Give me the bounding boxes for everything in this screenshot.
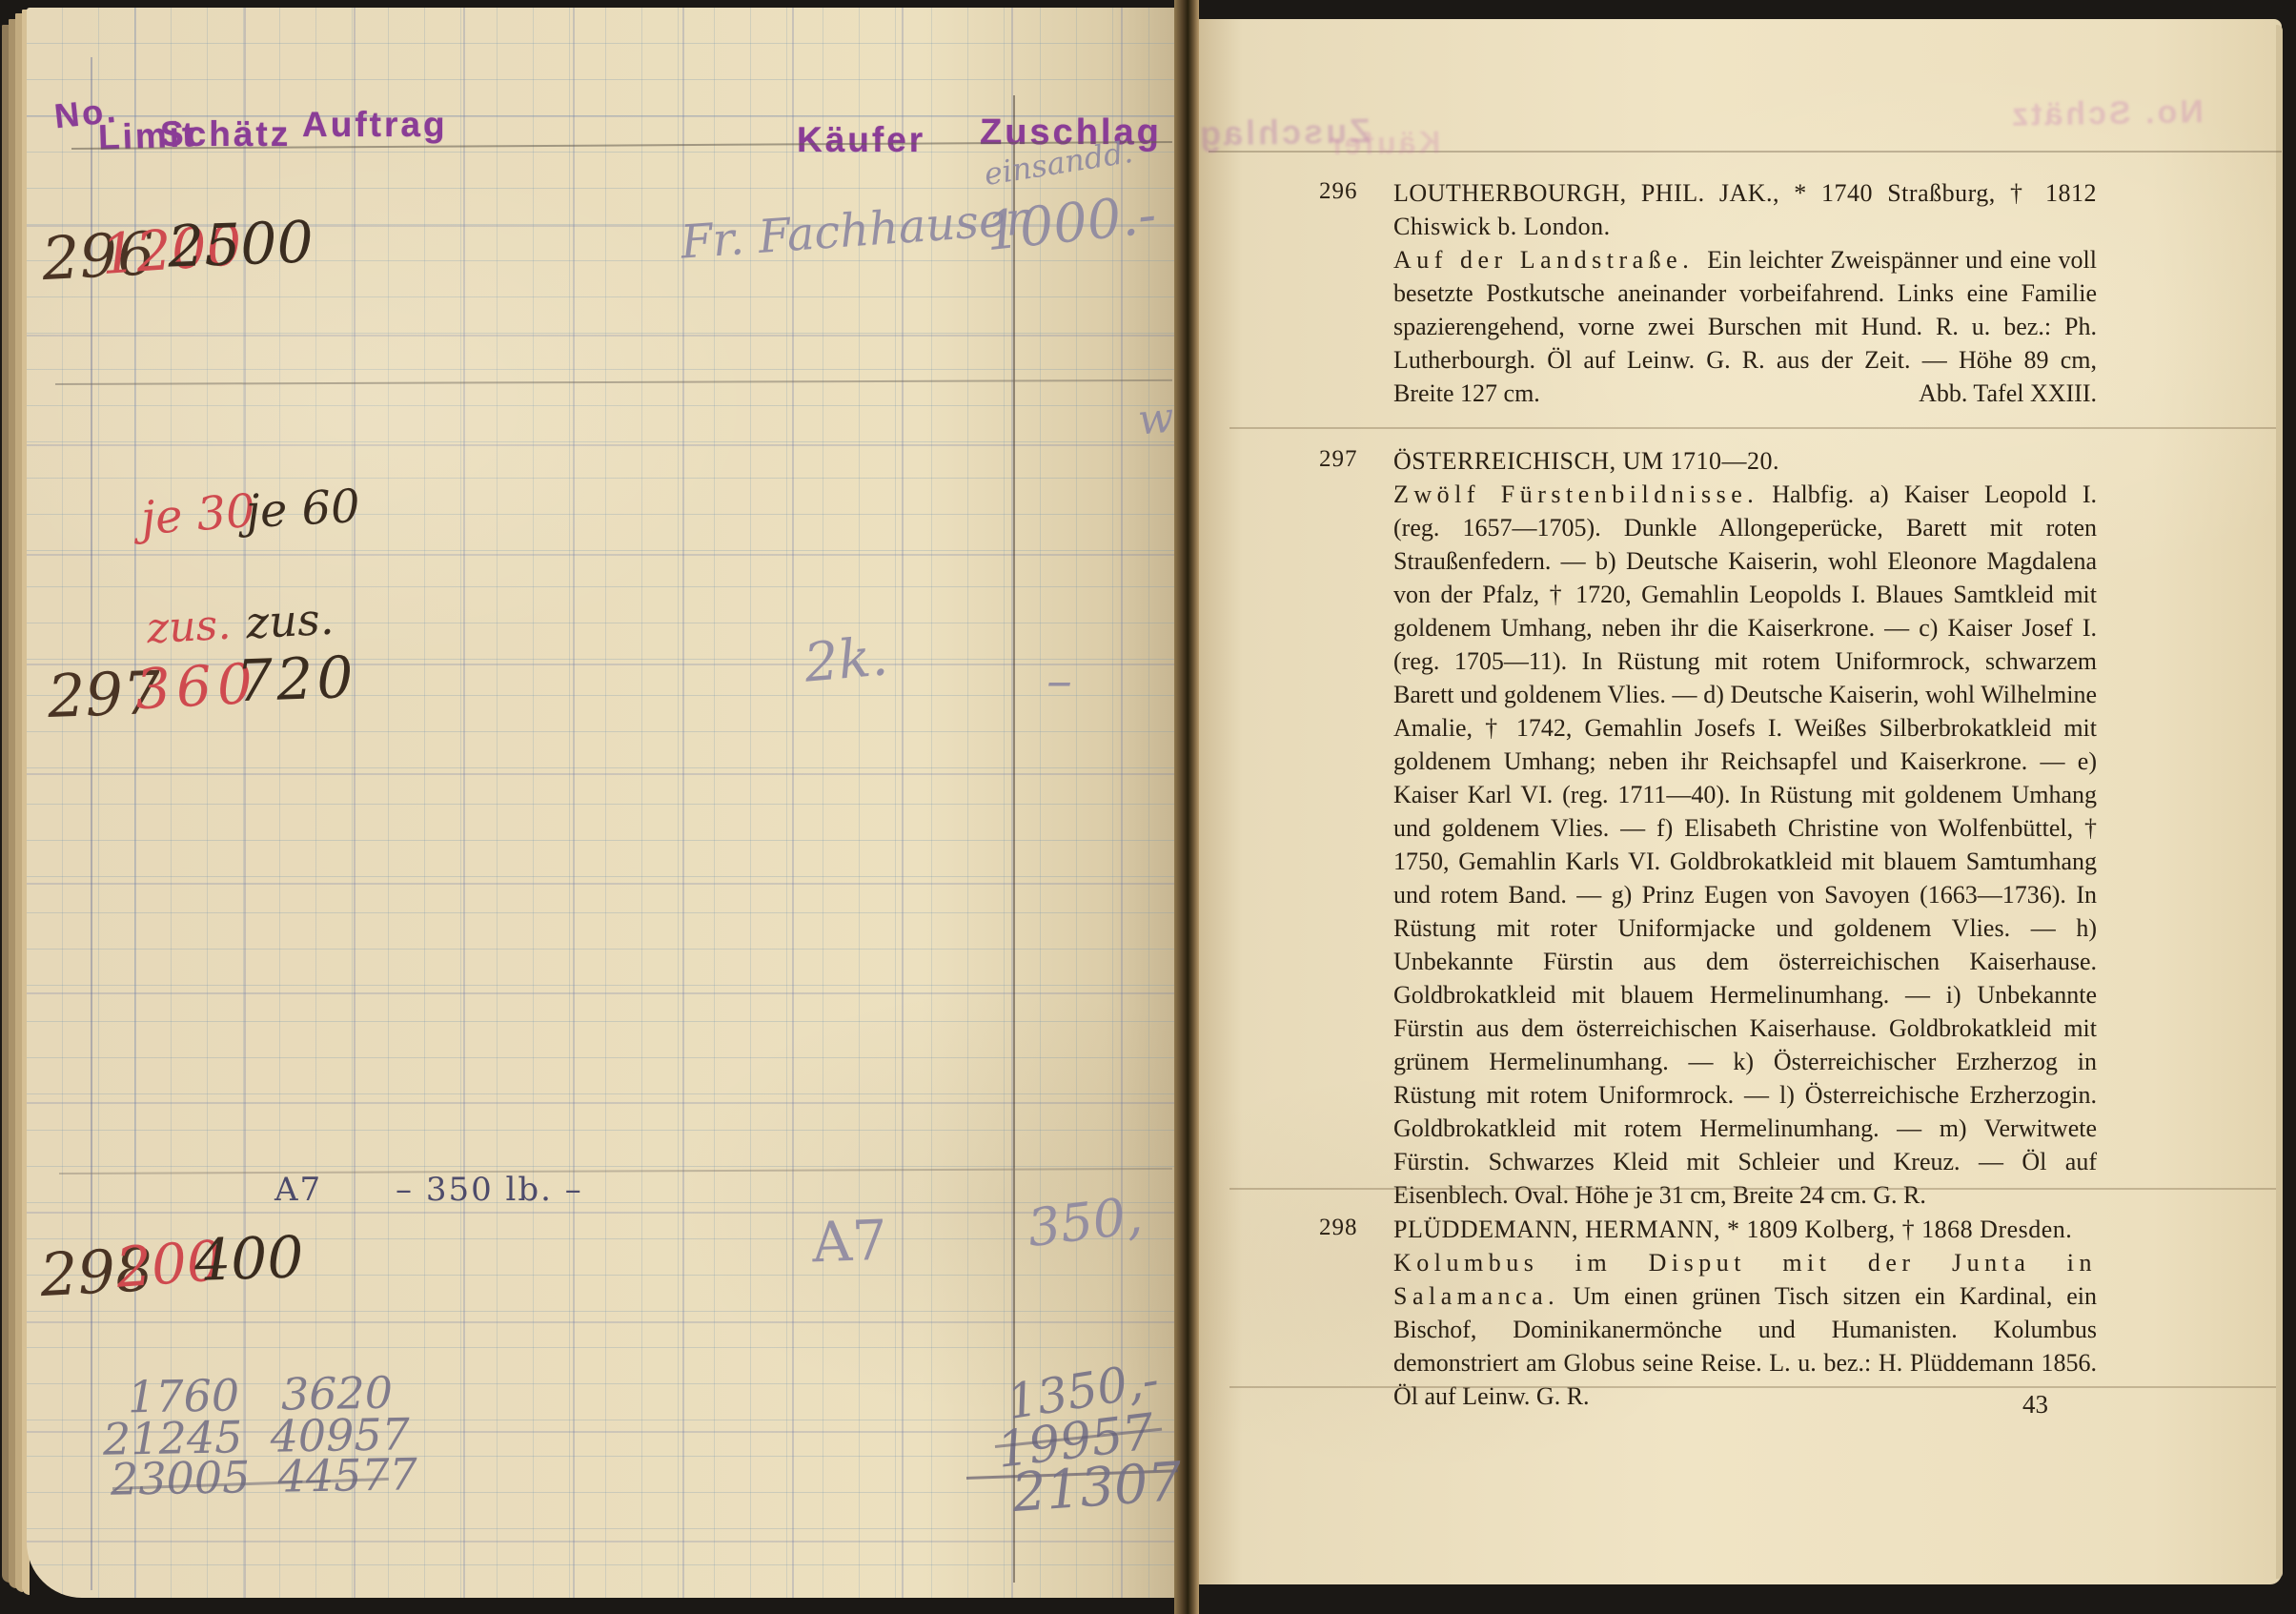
auftrag-margin-note: A7 – 350 lb. – [274,1171,583,1209]
entry-title: Auf der Landstraße. [1393,246,1694,274]
row-297-limit-sum-label: zus. [146,601,233,654]
entry-body: Zwölf Fürstenbildnisse.Halbfig. a) Kaise… [1393,478,2097,1212]
catalog-entry-298: 298 PLÜDDEMANN, HERMANN, * 1809 Kolberg,… [1319,1213,2097,1413]
entry-separator-rule [1229,1386,2276,1388]
row-298-schaetz: 400 [193,1224,305,1295]
ghost-stamp-kaeufer: Käufer [1327,125,1441,162]
entry-description: Halbfig. a) Kaiser Leopold I. (reg. 1657… [1393,480,2097,1209]
entry-heading: ÖSTERREICHISCH, UM 1710—20. [1393,444,2097,478]
lot-number: 296 [1319,178,1358,205]
entry-title: Zwölf Fürstenbildnisse. [1393,480,1758,508]
row-297-limit-per-item: je 30 [139,484,256,545]
row-296-schaetz: 2500 [167,209,315,280]
catalog-entry-296: 296 LOUTHERBOURGH, PHIL. JAK., * 1740 St… [1319,176,2097,410]
ghost-stamp-no-schaetz: No. Schätz [2009,93,2204,134]
column-header-auftrag: Auftrag [302,105,448,145]
right-page-edge [2276,25,2283,1579]
entry-heading: PLÜDDEMANN, HERMANN, * 1809 Kolberg, † 1… [1393,1213,2097,1246]
entry-separator-rule [1229,427,2276,429]
row-297-schaetz-sum-label: zus. [245,593,335,649]
column-header-kaeufer: Käufer [797,120,925,160]
row-298-kaeufer: A7 [811,1208,888,1276]
column-divider-line [1013,95,1015,1583]
entry-separator-rule [1229,1188,2276,1190]
book-scan: No. Limit Schätz Auftrag Käufer Zuschlag… [0,0,2296,1614]
check-mark: w [1136,393,1176,444]
calc-right-total: 21307 [1010,1451,1184,1524]
lot-number: 297 [1319,446,1358,473]
row-297-zuschlag: – [1046,650,1072,710]
row-297-schaetz: 720 [235,644,358,715]
calc-left-row-3: 23005 44577 [111,1448,418,1505]
row-297-kaeufer: 2k. [802,625,890,694]
book-gutter [1174,0,1199,1614]
page-number: 43 [2022,1390,2048,1420]
entry-heading: LOUTHERBOURGH, PHIL. JAK., * 1740 Straßb… [1393,176,2097,243]
row-297-schaetz-per-item: je 60 [245,480,361,539]
lot-number: 298 [1319,1215,1358,1241]
catalog-entry-297: 297 ÖSTERREICHISCH, UM 1710—20. Zwölf Fü… [1319,444,2097,1212]
